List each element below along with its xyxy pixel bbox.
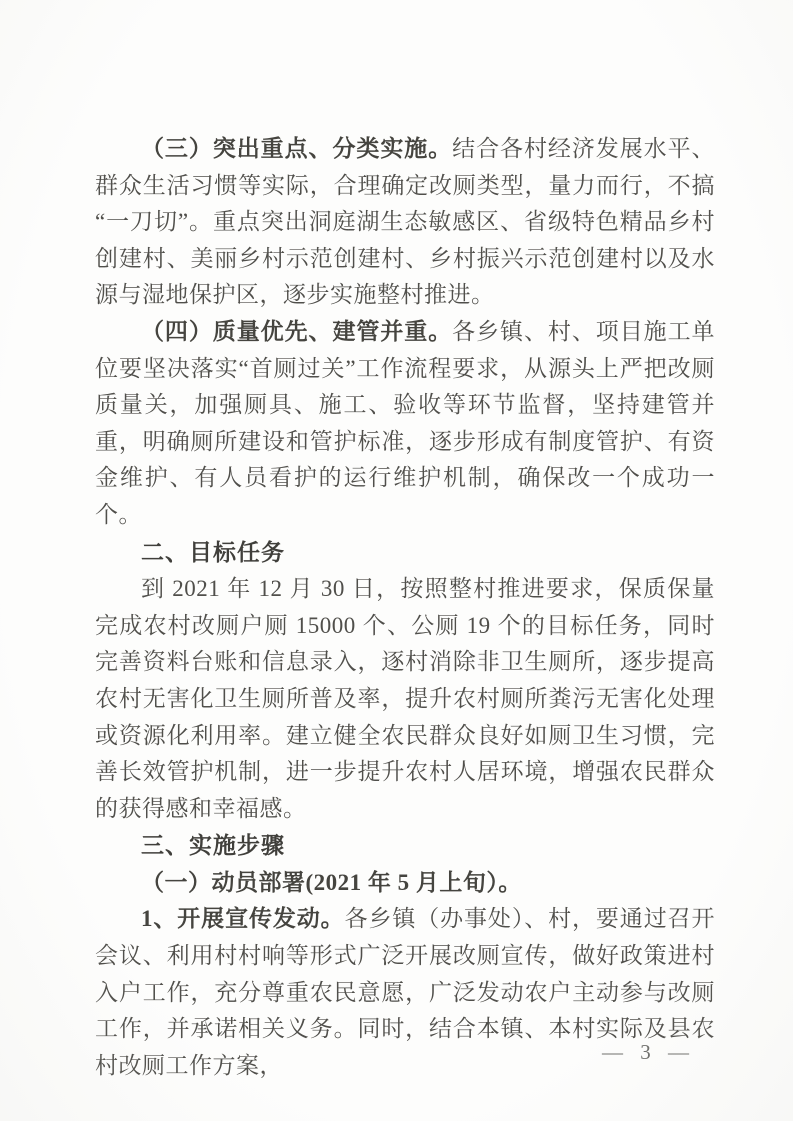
document-text-block: （三）突出重点、分类实施。结合各村经济发展水平、群众生活习惯等实际，合理确定改厕…: [95, 131, 715, 1084]
paragraph-goals: 到 2021 年 12 月 30 日，按照整村推进要求，保质保量完成农村改厕户厕…: [95, 571, 715, 827]
section-heading-2: 二、目标任务: [95, 534, 715, 572]
section-heading-3: 三、实施步骤: [95, 827, 715, 865]
subheading-stage-1-text: （一）动员部署(2021 年 5 月上旬）。: [141, 870, 522, 895]
paragraph-principle-4: （四）质量优先、建管并重。各乡镇、村、项目施工单位要坚决落实“首厕过关”工作流程…: [95, 314, 715, 534]
paragraph-principle-4-body: 各乡镇、村、项目施工单位要坚决落实“首厕过关”工作流程要求，从源头上严把改厕质量…: [95, 319, 715, 527]
scanned-document-page: （三）突出重点、分类实施。结合各村经济发展水平、群众生活习惯等实际，合理确定改厕…: [0, 0, 793, 1121]
subheading-stage-1: （一）动员部署(2021 年 5 月上旬）。: [95, 865, 715, 902]
paragraph-principle-3: （三）突出重点、分类实施。结合各村经济发展水平、群众生活习惯等实际，合理确定改厕…: [95, 131, 715, 314]
paragraph-principle-3-body: 结合各村经济发展水平、群众生活习惯等实际，合理确定改厕类型，量力而行，不搞“一刀…: [95, 136, 715, 307]
section-heading-2-text: 二、目标任务: [141, 539, 285, 565]
section-heading-3-text: 三、实施步骤: [141, 832, 285, 858]
paragraph-principle-3-lead: （三）突出重点、分类实施。: [141, 136, 452, 161]
paragraph-step-1-lead: 1、开展宣传发动。: [141, 906, 345, 931]
page-number: — 3 —: [602, 1040, 695, 1065]
paragraph-goals-body: 到 2021 年 12 月 30 日，按照整村推进要求，保质保量完成农村改厕户厕…: [95, 576, 715, 821]
paragraph-principle-4-lead: （四）质量优先、建管并重。: [141, 319, 452, 344]
